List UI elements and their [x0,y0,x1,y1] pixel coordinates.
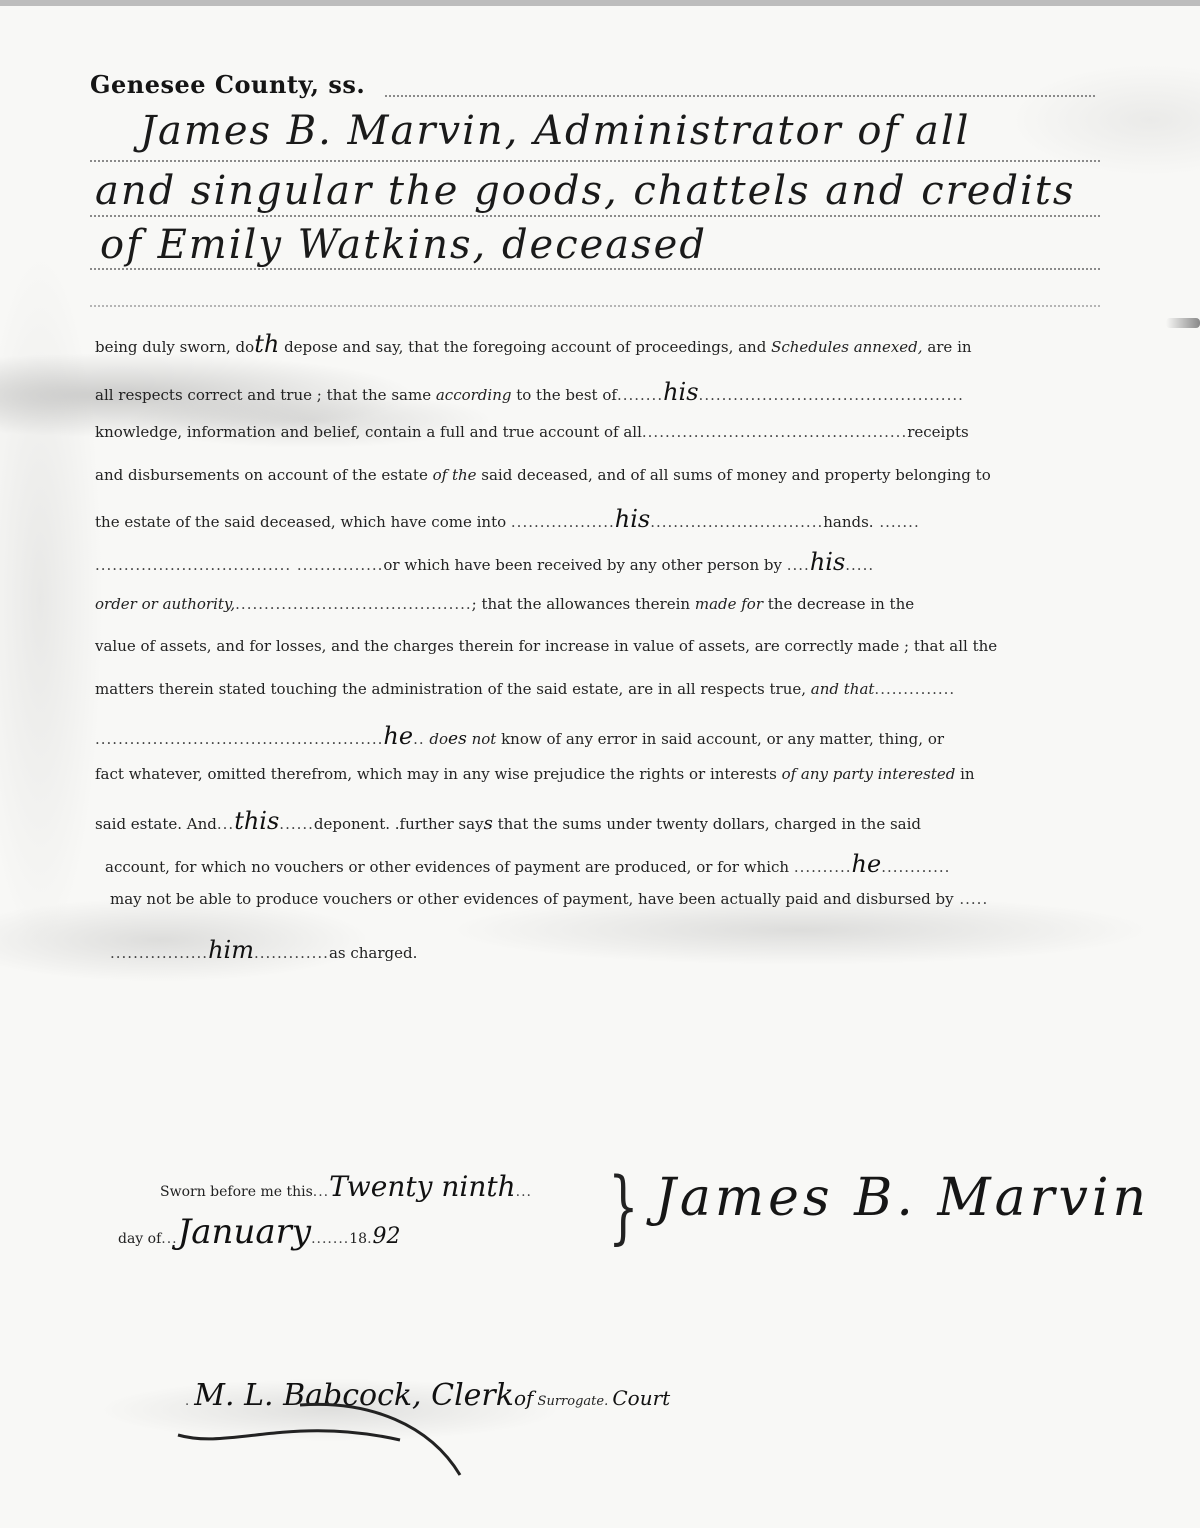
body-line: fact whatever, omitted therefrom, which … [95,765,975,783]
printed-italic: and that [811,680,875,698]
dot-leader: ........ [617,386,663,404]
handwritten-fill: he [383,722,413,750]
printed-text: that the sums under twenty dollars, char… [493,815,921,833]
year-suffix: 92 [373,1224,401,1249]
dot-leader: ........................................… [699,386,964,404]
dot-leader: .................................. .....… [95,556,383,574]
handwritten-header-line-2: and singular the goods, chattels and cre… [95,168,1075,214]
printed-text: or which have been received by any other… [383,556,786,574]
heading-rule [385,95,1095,97]
printed-text: the estate of the said deceased, which h… [95,513,511,531]
handwritten-fill: this [234,807,279,835]
handwritten-fill: his [615,505,650,533]
printed-text: are in [923,338,972,356]
printed-text: know of any error in said account, or an… [496,730,944,748]
handwritten-header-line-1: James B. Marvin, Administrator of all [140,108,970,154]
jurat-sworn-line: Sworn before me this...Twenty ninth... [160,1170,532,1203]
handwritten-fill: him [208,936,254,964]
body-line: ........................................… [95,722,944,750]
handwritten-fill: s [484,813,493,834]
dot-leader: ....... [874,513,920,531]
dot-leader: ... [217,815,234,833]
dot-leader: .............. [874,680,955,698]
scan-top-edge [0,0,1200,6]
printed-text: receipts [907,423,968,441]
printed-text: and disbursements on account of the esta… [95,466,433,484]
printed-text: the decrease in the [763,595,914,613]
body-line: knowledge, information and belief, conta… [95,423,969,441]
dot-leader: ........................................… [235,595,472,613]
dot-leader: .... [787,556,810,574]
printed-text: ; that the allowances therein [472,595,695,613]
handwritten-fill: he [852,850,882,878]
printed-italic: according [436,386,512,404]
court-suffix: Court [612,1386,670,1410]
printed-text: to the best of [511,386,616,404]
body-line: may not be able to produce vouchers or o… [110,890,988,908]
dot-leader: ... [161,1231,177,1247]
body-line: and disbursements on account of the esta… [95,466,991,484]
printed-text: being duly sworn, do [95,338,254,356]
printed-italic: do [425,730,448,748]
body-line: account, for which no vouchers or other … [105,850,950,878]
printed-text: may not be able to produce vouchers or o… [110,890,954,908]
year-prefix: 18 [349,1231,367,1247]
printed-italic: of any party interested [782,765,956,783]
header-rule-4 [90,305,1100,307]
printed-text: knowledge, information and belief, conta… [95,423,642,441]
body-line: value of assets, and for losses, and the… [95,637,997,655]
printed-text: hands. [823,513,873,531]
paper-edge-mark [1166,318,1200,328]
dot-leader: ...... [279,815,314,833]
printed-text: deponent. .further say [314,815,484,833]
printed-text: said estate. And [95,815,217,833]
printed-text: value of assets, and for losses, and the… [95,637,997,655]
handwritten-fill: his [810,548,845,576]
dot-leader: ............. [254,944,329,962]
dot-leader: .......... [794,858,852,876]
printed-text: as charged. [329,944,417,962]
dot-leader: ... [313,1184,329,1200]
county-heading: Genesee County, ss. [90,70,365,99]
header-rule-2 [90,215,1100,217]
jurat-date-line: day of...January.......18.92 [118,1212,401,1252]
dot-leader: ..... [845,556,874,574]
signature-flourish [170,1395,530,1485]
dot-leader: .. [413,730,425,748]
body-line: being duly sworn, doth depose and say, t… [95,330,972,358]
printed-text: matters therein stated touching the admi… [95,680,811,698]
printed-text: account, for which no vouchers or other … [105,858,794,876]
body-line: .................him.............as char… [110,936,417,964]
body-line: the estate of the said deceased, which h… [95,505,920,533]
day-of-label: day of [118,1231,161,1247]
printed-text: fact whatever, omitted therefrom, which … [95,765,782,783]
body-line: all respects correct and true ; that the… [95,378,964,406]
court-label: Surrogate. [538,1394,609,1409]
printed-text: depose and say, that the foregoing accou… [279,338,771,356]
dot-leader: ........................................… [95,730,383,748]
dot-leader: .................. [511,513,615,531]
printed-text: all respects correct and true ; that the… [95,386,436,404]
printed-italic: not [467,730,497,748]
dot-leader: ............ [881,858,950,876]
header-rule-1 [90,160,1100,162]
body-line: .................................. .....… [95,548,874,576]
bracket-brace: } [608,1160,639,1253]
month-value: January [178,1212,311,1252]
printed-text: order or authority, [95,595,235,613]
body-line: order or authority,.....................… [95,595,914,613]
printed-text: in [955,765,974,783]
dot-leader: ........................................… [642,423,907,441]
handwritten-fill: es [448,729,467,749]
dot-leader: ....... [311,1231,349,1247]
dot-leader: ..... [954,890,989,908]
body-line: matters therein stated touching the admi… [95,680,955,698]
dot-leader: .............................. [650,513,823,531]
dot-leader: ... [516,1184,532,1200]
printed-text: said deceased, and of all sums of money … [477,466,991,484]
body-line: said estate. And...this......deponent. .… [95,807,921,835]
handwritten-fill: his [663,378,698,406]
sworn-day-value: Twenty ninth [329,1170,516,1203]
printed-italic: of the [433,466,477,484]
deponent-signature: James B. Marvin [655,1168,1150,1228]
header-rule-3 [90,268,1100,270]
sworn-label: Sworn before me this [160,1184,313,1200]
printed-italic: made for [695,595,763,613]
handwritten-header-line-3: of Emily Watkins, deceased [100,222,707,268]
document-page: Genesee County, ss. James B. Marvin, Adm… [0,0,1200,1528]
dot-leader: ................. [110,944,208,962]
handwritten-fill: th [254,330,279,358]
printed-italic: Schedules annexed, [771,338,922,356]
